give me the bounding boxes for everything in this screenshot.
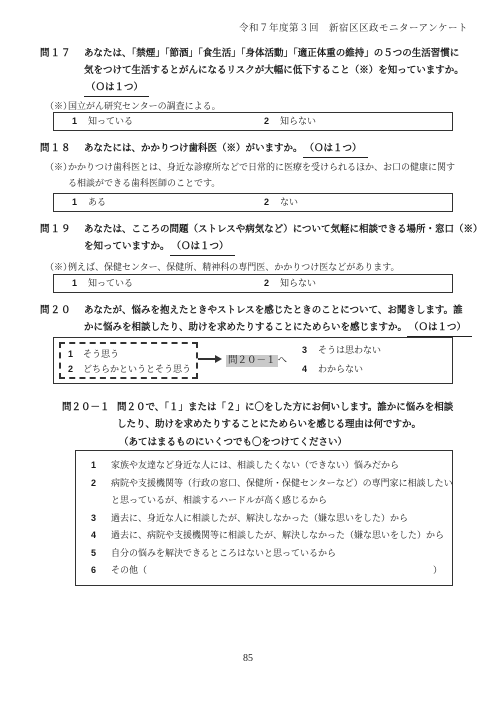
question-18-line1: あなたには、かかりつけ歯科医（※）がいますか。 bbox=[84, 143, 303, 154]
reason-option-4: 4 過去に、病院や支援機関等に相談したが、解決しなかった（嫌な思いをした）から bbox=[91, 527, 442, 545]
question-19-line1: あなたは、こころの問題（ストレスや病気など）について気軽に相談できる場所・窓口（… bbox=[84, 221, 483, 238]
question-18-option-2: 2 ない bbox=[264, 195, 298, 210]
option-label: 知っている bbox=[88, 276, 133, 291]
option-label: ない bbox=[280, 195, 298, 210]
option-label: そうは思わない bbox=[318, 343, 381, 357]
question-19-instruction: （Ｏは１つ） bbox=[170, 239, 235, 256]
question-18-option-1: 1 ある bbox=[72, 195, 106, 210]
arrow-right-icon bbox=[198, 358, 221, 360]
option-label: 知っている bbox=[88, 114, 133, 129]
free-text-blank bbox=[147, 562, 433, 580]
option-label: 過去に、身近な人に相談したが、解決しなかった（嫌な思いをした）から bbox=[111, 513, 408, 523]
option-number: 6 bbox=[91, 562, 111, 580]
question-20-option-1: 1 そう思う bbox=[68, 347, 119, 361]
question-20-1-label: 問２０－１ bbox=[62, 399, 117, 416]
question-17-answer-box: 1 知っている 2 知らない bbox=[53, 112, 453, 131]
option-number: 5 bbox=[91, 545, 111, 563]
page-header-title: 令和７年度第３回 新宿区区政モニターアンケート bbox=[0, 20, 468, 34]
option-label: そう思う bbox=[83, 347, 119, 361]
question-17-label: 問１７ bbox=[40, 45, 84, 62]
reason-option-1: 1 家族や友達など身近な人には、相談したくない（できない）悩みだから bbox=[91, 457, 442, 475]
option-label: わからない bbox=[318, 362, 363, 376]
option-number: 3 bbox=[302, 343, 307, 357]
note-asterisk-label: （※） bbox=[45, 259, 68, 275]
question-20-answer-box: 1 そう思う 2 どちらかというとそう思う 問２０－１へ 3 そうは思わない 4… bbox=[53, 337, 453, 384]
question-20-instruction: （Ｏは１つ） bbox=[407, 320, 472, 337]
question-19-note-text: 例えば、保健センター、保健所、精神科の専門医、かかりつけ医などがあります。 bbox=[68, 259, 470, 275]
question-19-option-2: 2 知らない bbox=[264, 276, 316, 291]
question-19-note: （※） 例えば、保健センター、保健所、精神科の専門医、かかりつけ医などがあります… bbox=[45, 259, 470, 275]
question-20-line1: あなたが、悩みを抱えたときやストレスを感じたときのことについて、お聞きします。誰 bbox=[84, 302, 472, 319]
question-17-line1: あなたは、「禁煙」「節酒」「食生活」「身体活動」「適正体重の維持」の５つの生活習… bbox=[84, 45, 470, 62]
question-20-label: 問２０ bbox=[40, 302, 84, 319]
option-number: 1 bbox=[72, 114, 77, 129]
option-number: 2 bbox=[264, 195, 269, 210]
jump-suffix: へ bbox=[278, 356, 288, 366]
option-number: 1 bbox=[72, 195, 77, 210]
question-20-1-answer-box: 1 家族や友達など身近な人には、相談したくない（できない）悩みだから 2 病院や… bbox=[75, 450, 453, 586]
arrow-shaft bbox=[198, 358, 216, 360]
reason-option-6: 6 その他（ ） bbox=[91, 562, 442, 580]
option-number: 4 bbox=[91, 527, 111, 545]
question-17-text: あなたは、「禁煙」「節酒」「食生活」「身体活動」「適正体重の維持」の５つの生活習… bbox=[84, 45, 470, 97]
option-label: どちらかというとそう思う bbox=[83, 362, 191, 376]
question-20-option-4: 4 わからない bbox=[302, 362, 363, 376]
option-label: 家族や友達など身近な人には、相談したくない（できない）悩みだから bbox=[111, 460, 399, 470]
question-20-1-line1: 問２０で、「１」または「２」に〇をした方にお伺いします。誰かに悩みを相談 bbox=[117, 399, 470, 416]
reason-option-2: 2 病院や支援機関等（行政の窓口、保健所・保健センターなど）の専門家に相談したい… bbox=[91, 475, 442, 510]
question-18-note-line1: かかりつけ歯科医とは、身近な診療所などで日常的に医療を受けられるほか、お口の健康… bbox=[68, 159, 470, 175]
option-label: 知らない bbox=[280, 114, 316, 129]
question-17-option-2: 2 知らない bbox=[264, 114, 316, 129]
option-number: 2 bbox=[91, 475, 111, 493]
page-number: 85 bbox=[0, 653, 496, 664]
option-label-line2: と思っているが、相談するハードルが高く感じるから bbox=[111, 492, 453, 510]
option-number: 2 bbox=[264, 276, 269, 291]
option-number: 1 bbox=[68, 347, 73, 361]
option-label: 過去に、病院や支援機関等に相談したが、解決しなかった（嫌な思いをした）から bbox=[111, 530, 444, 540]
option-number: 2 bbox=[264, 114, 269, 129]
option-number: 4 bbox=[302, 362, 307, 376]
reason-option-3: 3 過去に、身近な人に相談したが、解決しなかった（嫌な思いをした）から bbox=[91, 510, 442, 528]
option-label-line1: 病院や支援機関等（行政の窓口、保健所・保健センターなど）の専門家に相談したい bbox=[111, 475, 453, 493]
question-20-option-2: 2 どちらかというとそう思う bbox=[68, 362, 191, 376]
option-label: その他（ bbox=[111, 562, 147, 580]
question-17-row: 問１７ あなたは、「禁煙」「節酒」「食生活」「身体活動」「適正体重の維持」の５つ… bbox=[40, 45, 470, 97]
question-18: 問１８ あなたには、かかりつけ歯科医（※）がいますか。（Ｏは１つ） bbox=[40, 140, 470, 158]
question-17: 問１７ あなたは、「禁煙」「節酒」「食生活」「身体活動」「適正体重の維持」の５つ… bbox=[40, 45, 470, 97]
option-label: 知らない bbox=[280, 276, 316, 291]
survey-page: 令和７年度第３回 新宿区区政モニターアンケート 問１７ あなたは、「禁煙」「節酒… bbox=[0, 0, 496, 702]
option-label: 自分の悩みを解決できるところはないと思っているから bbox=[111, 548, 336, 558]
question-17-line2: 気をつけて生活するとがんになるリスクが大幅に低下すること（※）を知っていますか。 bbox=[84, 62, 470, 79]
question-18-instruction: （Ｏは１つ） bbox=[303, 141, 368, 158]
jump-target-highlight: 問２０－１ bbox=[226, 355, 278, 367]
question-18-label: 問１８ bbox=[40, 140, 84, 157]
question-19-option-1: 1 知っている bbox=[72, 276, 133, 291]
question-20-1-line2: したり、助けを求めたりすることにためらいを感じる理由は何ですか。 bbox=[117, 416, 470, 433]
jump-to-q20-1: 問２０－１へ bbox=[226, 352, 287, 366]
arrow-head bbox=[215, 355, 222, 363]
closing-paren: ） bbox=[433, 562, 442, 580]
question-19-answer-box: 1 知っている 2 知らない bbox=[53, 274, 453, 293]
question-18-note: （※） かかりつけ歯科医とは、身近な診療所などで日常的に医療を受けられるほか、お… bbox=[45, 159, 470, 191]
question-20-1: 問２０－１ 問２０で、「１」または「２」に〇をした方にお伺いします。誰かに悩みを… bbox=[62, 399, 470, 452]
question-20-option-3: 3 そうは思わない bbox=[302, 343, 381, 357]
question-20: 問２０ あなたが、悩みを抱えたときやストレスを感じたときのことについて、お聞きし… bbox=[40, 302, 470, 337]
reason-option-5: 5 自分の悩みを解決できるところはないと思っているから bbox=[91, 545, 442, 563]
question-20-conditional-group: 1 そう思う 2 どちらかというとそう思う bbox=[59, 342, 198, 379]
question-19: 問１９ あなたは、こころの問題（ストレスや病気など）について気軽に相談できる場所… bbox=[40, 221, 470, 256]
question-17-instruction: （Ｏは１つ） bbox=[84, 80, 149, 97]
option-number: 2 bbox=[68, 362, 73, 376]
question-18-answer-box: 1 ある 2 ない bbox=[53, 193, 453, 212]
option-number: 1 bbox=[72, 276, 77, 291]
question-19-label: 問１９ bbox=[40, 221, 84, 238]
question-20-line2: かに悩みを相談したり、助けを求めたりすることにためらいを感じますか。 bbox=[84, 322, 407, 333]
question-19-line2: を知っていますか。 bbox=[84, 241, 170, 252]
option-label: ある bbox=[88, 195, 106, 210]
question-18-note-line2: る相談ができる歯科医師のことです。 bbox=[68, 175, 470, 191]
option-number: 1 bbox=[91, 457, 111, 475]
question-17-option-1: 1 知っている bbox=[72, 114, 133, 129]
note-asterisk-label: （※） bbox=[45, 159, 68, 191]
option-number: 3 bbox=[91, 510, 111, 528]
